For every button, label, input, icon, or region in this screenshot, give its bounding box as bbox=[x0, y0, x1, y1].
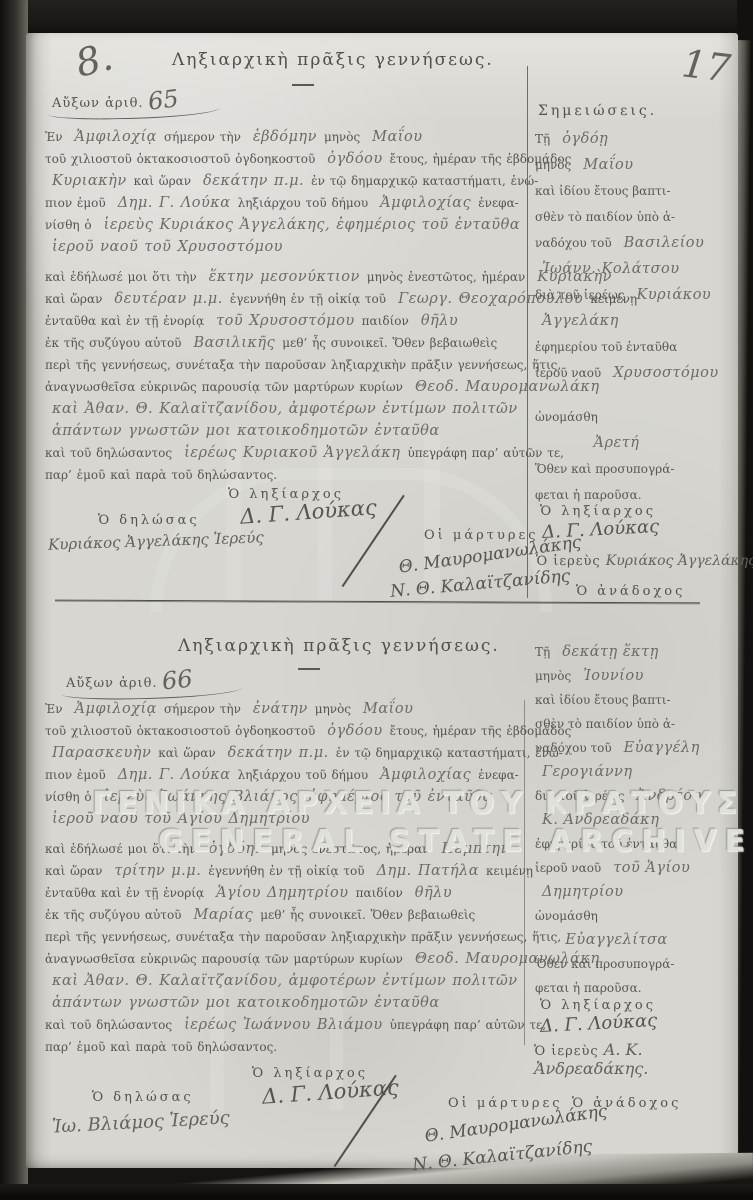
printed-form-text: καὶ ὥραν bbox=[158, 746, 215, 760]
handwritten-entry: Δημ. Γ. Λούκα bbox=[118, 195, 231, 211]
handwritten-entry: ὀγδόου bbox=[327, 151, 382, 167]
printed-form-text: παρ’ ἐμοῦ καὶ παρὰ τοῦ δηλώσαντος. bbox=[45, 1040, 277, 1054]
printed-form-text: καὶ τοῦ δηλώσαντος bbox=[45, 446, 172, 460]
printed-form-text: διὰ τοῦ ἱερέως bbox=[535, 789, 625, 803]
record2-priest-label: Ὁ ἱερεὺς bbox=[534, 1044, 599, 1059]
handwritten-entry: Κυριακὴν bbox=[52, 173, 127, 189]
printed-form-text: ἀναγνωσθεῖσα εὐκρινῶς παρουσίᾳ τῶν μαρτύ… bbox=[45, 380, 403, 394]
printed-form-text: ληξιάρχου τοῦ δήμου bbox=[238, 196, 369, 210]
printed-form-text: μηνὸς bbox=[535, 669, 571, 683]
handwritten-entry: Ἰουνίου bbox=[583, 668, 644, 684]
printed-form-text: ἐν τῷ δημαρχικῷ καταστήματι, ἐνώ- bbox=[311, 174, 538, 188]
handwritten-entry: ὀγδόῃ bbox=[562, 131, 608, 147]
text-line: ἁπάντων γνωστῶν μοι κατοικοδημοτῶν ἐνταῦ… bbox=[45, 420, 525, 442]
handwritten-entry: δεκάτῃ ἕκτῃ bbox=[562, 644, 659, 660]
printed-form-text: πιον ἐμοῦ bbox=[45, 768, 106, 782]
text-line: ἁπάντων γνωστῶν μοι κατοικοδημοτῶν ἐνταῦ… bbox=[45, 992, 525, 1014]
handwritten-entry: Ἀμφιλοχίας bbox=[380, 767, 471, 783]
printed-form-text: μηνὸς bbox=[315, 702, 351, 716]
handwritten-entry: ἱερεὺς Ἰωάννης Βλιάμος, ἐφημέριος τοῦ ἐν… bbox=[104, 789, 493, 805]
printed-form-text: ἐφημερίου τοῦ ἐνταῦθα bbox=[535, 837, 677, 851]
text-line: ἐφημερίου τοῦ ἐνταῦθα bbox=[535, 334, 731, 360]
printed-form-text: τοῦ χιλιοστοῦ ὀκτακοσιοστοῦ ὀγδοηκοστοῦ bbox=[45, 724, 315, 738]
handwritten-entry: Δημ. Πατήλα bbox=[377, 863, 479, 879]
text-line: ὠνομάσθη bbox=[535, 404, 731, 430]
printed-form-text: Ἐν bbox=[45, 702, 63, 716]
text-line: ναδόχου τοῦΕὐαγγέλη bbox=[535, 736, 731, 760]
printed-form-text: ἐνεφα- bbox=[478, 196, 519, 210]
text-line: καὶ ἐδήλωσέ μοι ὅτι τὴνὀγδόηνμηνὸς ἑνεστ… bbox=[45, 838, 525, 860]
text-line: νίσθη ὁἱερεὺς Κυριάκος Ἀγγελάκης, ἐφημέρ… bbox=[45, 214, 525, 236]
printed-form-text: νίσθη ὁ bbox=[45, 790, 92, 804]
printed-form-text: καὶ ἰδίου ἔτους βαπτι- bbox=[535, 693, 671, 707]
printed-form-text: μηνὸς ἑνεστῶτος, ἡμέραν bbox=[367, 270, 525, 284]
text-line bbox=[535, 386, 731, 404]
text-line: ἐνταῦθα καὶ ἐν τῇ ἐνορίᾳἉγίου Δημητρίουπ… bbox=[45, 882, 525, 904]
record1-body: ἘνἈμφιλοχίᾳσήμερον τὴνἑβδόμηνμηνὸςΜαΐουτ… bbox=[45, 126, 525, 486]
printed-form-text: σθὲν τὸ παιδίον ὑπὸ ἀ- bbox=[535, 717, 675, 731]
text-line: ἐνταῦθα καὶ ἐν τῇ ἐνορίᾳτοῦ Χρυσοστόμουπ… bbox=[45, 310, 525, 332]
printed-form-text: ἐνταῦθα καὶ ἐν τῇ ἐνορίᾳ bbox=[45, 886, 204, 900]
book-edge-top bbox=[0, 0, 753, 36]
text-line: τοῦ χιλιοστοῦ ὀκτακοσιοστοῦ ὀγδοηκοστοῦὀ… bbox=[45, 148, 525, 170]
printed-form-text: μηνὸς bbox=[324, 130, 360, 144]
handwritten-entry: ἐνάτην bbox=[253, 701, 308, 717]
title-dash bbox=[292, 84, 314, 86]
text-line: Παρασκευὴνκαὶ ὥρανδεκάτην π.μ.ἐν τῷ δημα… bbox=[45, 742, 525, 764]
printed-form-text: ἀναγνωσθεῖσα εὐκρινῶς παρουσίᾳ τῶν μαρτύ… bbox=[45, 952, 403, 966]
document-scan: 8. Ληξιαρχικὴ πρᾶξις γεννήσεως. 17 Αὔξων… bbox=[0, 0, 753, 1200]
handwritten-entry: Κ. Ἀνδρεαδάκη bbox=[542, 812, 659, 828]
column-divider-line bbox=[527, 66, 528, 598]
text-line: τοῦ χιλιοστοῦ ὀκτακοσιοστοῦ ὀγδοηκοστοῦὀ… bbox=[45, 720, 525, 742]
printed-form-text: σήμερον τὴν bbox=[164, 702, 241, 716]
printed-form-text: καὶ ὥραν bbox=[45, 864, 102, 878]
handwritten-entry: ὀγδόην bbox=[209, 841, 264, 857]
record1-declarant-label: Ὁ δηλώσας bbox=[98, 513, 200, 528]
printed-form-text: καὶ τοῦ δηλώσαντος bbox=[45, 1018, 172, 1032]
printed-form-text: Ἐν bbox=[45, 130, 63, 144]
printed-form-text: ὠνομάσθη bbox=[535, 909, 598, 923]
text-line: ἱεροῦ ναοῦτοῦ Ἁγίου bbox=[535, 856, 731, 880]
text-line: ὠνομάσθη bbox=[535, 904, 731, 928]
printed-form-text: ὠνομάσθη bbox=[535, 410, 598, 424]
printed-form-text: ἱεροῦ ναοῦ bbox=[535, 366, 601, 380]
text-line: ἐκ τῆς συζύγου αὐτοῦΒασιλικῆςμεθ’ ἧς συν… bbox=[45, 332, 525, 354]
text-line: καὶ ἰδίου ἔτους βαπτι- bbox=[535, 178, 731, 204]
printed-form-text: ἐν τῷ δημαρχικῷ καταστήματι, ἐνώ- bbox=[336, 746, 563, 760]
printed-form-text: ἐγεννήθη ἐν τῇ οἰκίᾳ τοῦ bbox=[230, 292, 386, 306]
printed-form-text: ἐκ τῆς συζύγου αὐτοῦ bbox=[45, 336, 181, 350]
handwritten-entry: ἱεροῦ ναοῦ τοῦ Ἁγίου Δημητρίου bbox=[52, 811, 310, 827]
handwritten-entry: ἁπάντων γνωστῶν μοι κατοικοδημοτῶν ἐνταῦ… bbox=[52, 995, 440, 1011]
printed-form-text: καὶ ὥραν bbox=[134, 174, 191, 188]
text-line: νίσθη ὁἱερεὺς Ἰωάννης Βλιάμος, ἐφημέριος… bbox=[45, 786, 525, 808]
text-line: φεται ἡ παροῦσα. bbox=[535, 976, 731, 1000]
printed-form-text: ἐγεννήθη ἐν τῇ οἰκίᾳ τοῦ bbox=[208, 864, 364, 878]
printed-form-text: ἐνεφα- bbox=[478, 768, 519, 782]
record1-godparent-label: Ὁ ἀνάδοχος bbox=[576, 584, 685, 599]
printed-form-text: μεθ’ ἧς συνοικεῖ. Ὅθεν βεβαιωθεὶς bbox=[282, 336, 497, 350]
printed-form-text: σθὲν τὸ παιδίον ὑπὸ ἀ- bbox=[535, 210, 675, 224]
handwritten-entry: Βασιλικῆς bbox=[193, 335, 275, 351]
handwritten-entry: Πέμπτην bbox=[441, 841, 509, 857]
text-line: ἘνἈμφιλοχίᾳσήμερον τὴνἐνάτηνμηνὸςΜαΐου bbox=[45, 698, 525, 720]
text-line: Ἰωάνν. Κολάτσου bbox=[535, 256, 731, 282]
text-line: σθὲν τὸ παιδίον ὑπὸ ἀ- bbox=[535, 712, 731, 736]
printed-form-text: πιον ἐμοῦ bbox=[45, 196, 106, 210]
handwritten-entry: ἕκτην μεσονύκτιον bbox=[209, 269, 360, 285]
handwritten-entry: Δημ. Γ. Λούκα bbox=[118, 767, 231, 783]
printed-form-text: ἐκ τῆς συζύγου αὐτοῦ bbox=[45, 908, 181, 922]
printed-form-text: νίσθη ὁ bbox=[45, 218, 92, 232]
text-line: καὶ Ἀθαν. Θ. Καλαϊτζανίδου, ἀμφοτέρων ἐν… bbox=[45, 970, 525, 992]
handwritten-entry: Χρυσοστόμου bbox=[613, 365, 718, 381]
handwritten-entry: δευτέραν μ.μ. bbox=[114, 291, 222, 307]
printed-form-text: Τῇ bbox=[535, 132, 550, 146]
text-line: καὶ Ἀθαν. Θ. Καλαϊτζανίδου, ἀμφοτέρων ἐν… bbox=[45, 398, 525, 420]
printed-form-text: καὶ ἰδίου ἔτους βαπτι- bbox=[535, 184, 671, 198]
handwritten-entry: τοῦ Ἁγίου bbox=[613, 860, 690, 876]
text-line: καὶ ὥρανδευτέραν μ.μ.ἐγεννήθη ἐν τῇ οἰκί… bbox=[45, 288, 525, 310]
notes-header: Σημειώσεις. bbox=[538, 103, 657, 119]
text-line: ἱεροῦ ναοῦ τοῦ Χρυσοστόμου bbox=[45, 236, 525, 258]
record1-title: Ληξιαρχικὴ πρᾶξις γεννήσεως. bbox=[172, 50, 494, 70]
record2-declarant-label: Ὁ δηλώσας bbox=[92, 1090, 194, 1105]
printed-form-text: μεθ’ ἧς συνοικεῖ. Ὅθεν βεβαιωθεὶς bbox=[260, 908, 475, 922]
printed-form-text: ἐνταῦθα καὶ ἐν τῇ ἐνορίᾳ bbox=[45, 314, 204, 328]
printed-form-text: ἱεροῦ ναοῦ bbox=[535, 861, 601, 875]
printed-form-text: περὶ τῆς γεννήσεως, συνέταξα τὴν παροῦσα… bbox=[45, 358, 561, 372]
handwritten-entry: Ἀμφιλοχίᾳ bbox=[75, 701, 157, 717]
handwritten-entry: δεκάτην π.μ. bbox=[228, 745, 329, 761]
text-line: περὶ τῆς γεννήσεως, συνέταξα τὴν παροῦσα… bbox=[45, 354, 525, 376]
printed-form-text: τοῦ χιλιοστοῦ ὀκτακοσιοστοῦ ὀγδοηκοστοῦ bbox=[45, 152, 315, 166]
text-line: ἱεροῦ ναοῦΧρυσοστόμου bbox=[535, 360, 731, 386]
handwritten-entry: Ἀγγελάκη bbox=[542, 313, 619, 329]
handwritten-entry: θῆλυ bbox=[415, 885, 452, 901]
text-line: διὰ τοῦ ἱερέωςΚυριάκου bbox=[535, 282, 731, 308]
handwritten-entry: τοῦ Χρυσοστόμου bbox=[216, 313, 355, 329]
text-line: ἀναγνωσθεῖσα εὐκρινῶς παρουσίᾳ τῶν μαρτύ… bbox=[45, 948, 525, 970]
printed-form-text: φεται ἡ παροῦσα. bbox=[535, 981, 642, 995]
handwritten-entry: ὀγδόου bbox=[327, 723, 382, 739]
text-line: καὶ ὥραντρίτην μ.μ.ἐγεννήθη ἐν τῇ οἰκίᾳ … bbox=[45, 860, 525, 882]
handwritten-entry: καὶ Ἀθαν. Θ. Καλαϊτζανίδου, ἀμφοτέρων ἐν… bbox=[52, 973, 518, 989]
handwritten-entry: δεκάτην π.μ. bbox=[203, 173, 304, 189]
text-line: Ἀγγελάκη bbox=[535, 308, 731, 334]
text-line: διὰ τοῦ ἱερέωςἈνδρέου bbox=[535, 784, 731, 808]
handwritten-entry: Ἀρετή bbox=[542, 430, 691, 456]
printed-form-text: ναδόχου τοῦ bbox=[535, 741, 612, 755]
printed-form-text: καὶ ἐδήλωσέ μοι ὅτι τὴν bbox=[45, 270, 197, 284]
text-line: Δημητρίου bbox=[535, 880, 731, 904]
printed-form-text: ὑπεγράφη παρ’ αὐτῶν τε, bbox=[390, 1018, 546, 1032]
text-line: μηνὸςἸουνίου bbox=[535, 664, 731, 688]
text-line: παρ’ ἐμοῦ καὶ παρὰ τοῦ δηλώσαντος. bbox=[45, 1036, 525, 1058]
printed-form-text: παιδίον bbox=[362, 314, 409, 328]
handwritten-entry: Μαΐου bbox=[583, 157, 633, 173]
text-line: Κ. Ἀνδρεαδάκη bbox=[535, 808, 731, 832]
text-line bbox=[45, 258, 525, 266]
record2-notes: Τῇδεκάτῃ ἕκτῃμηνὸςἸουνίουκαὶ ἰδίου ἔτους… bbox=[535, 640, 731, 1000]
text-line: Εὐαγγελίτσα bbox=[535, 928, 731, 952]
handwritten-entry: Παρασκευὴν bbox=[52, 745, 151, 761]
printed-form-text: μηνὸς bbox=[535, 158, 571, 172]
record1-priest-label: Ὁ ἱερεὺς bbox=[536, 554, 601, 569]
text-line: ἐφημερίου τοῦ ἐνταῦθα bbox=[535, 832, 731, 856]
handwritten-entry: Ἰωάνν. Κολάτσου bbox=[542, 261, 680, 277]
printed-form-text: κειμένῃ bbox=[486, 864, 533, 878]
text-line: καὶ ἰδίου ἔτους βαπτι- bbox=[535, 688, 731, 712]
book-edge-bottom bbox=[0, 1184, 753, 1200]
handwritten-entry: καὶ Ἀθαν. Θ. Καλαϊτζανίδου, ἀμφοτέρων ἐν… bbox=[52, 401, 518, 417]
text-line: ἘνἈμφιλοχίᾳσήμερον τὴνἑβδόμηνμηνὸςΜαΐου bbox=[45, 126, 525, 148]
printed-form-text: φεται ἡ παροῦσα. bbox=[535, 488, 642, 502]
text-line: Κυριακὴνκαὶ ὥρανδεκάτην π.μ.ἐν τῷ δημαρχ… bbox=[45, 170, 525, 192]
text-line: σθὲν τὸ παιδίον ὑπὸ ἀ- bbox=[535, 204, 731, 230]
record1-priest-signature: Κυριάκος Ἀγγελάκης bbox=[606, 553, 753, 569]
printed-form-text: καὶ ὥραν bbox=[45, 292, 102, 306]
printed-form-text: μηνὸς ἑνεστῶτος, ἡμέραν bbox=[271, 842, 429, 856]
text-line: Τῇὀγδόῃ bbox=[535, 126, 731, 152]
printed-form-text: ληξιάρχου τοῦ δήμου bbox=[238, 768, 369, 782]
printed-form-text: Ὅθεν καὶ προσυπογρά- bbox=[535, 957, 674, 971]
text-line: ἱεροῦ ναοῦ τοῦ Ἁγίου Δημητρίου bbox=[45, 808, 525, 830]
printed-form-text: Τῇ bbox=[535, 645, 550, 659]
record1-notes: ΤῇὀγδόῃμηνὸςΜαΐουκαὶ ἰδίου ἔτους βαπτι-σ… bbox=[535, 126, 731, 508]
handwritten-entry: ἱερέως Κυριακοῦ Ἀγγελάκη bbox=[184, 445, 400, 461]
text-line: πιον ἐμοῦΔημ. Γ. Λούκαληξιάρχου τοῦ δήμο… bbox=[45, 764, 525, 786]
handwritten-entry: Ἁγίου Δημητρίου bbox=[216, 885, 349, 901]
printed-form-text: διὰ τοῦ ἱερέως bbox=[535, 288, 625, 302]
text-line: ναδόχου τοῦΒασιλείου bbox=[535, 230, 731, 256]
text-line: καὶ τοῦ δηλώσαντοςἱερέως Ἰωάννου Βλιάμου… bbox=[45, 1014, 525, 1036]
text-line: Γερογιάννη bbox=[535, 760, 731, 784]
text-line: καὶ τοῦ δηλώσαντοςἱερέως Κυριακοῦ Ἀγγελά… bbox=[45, 442, 525, 464]
handwritten-entry: Μαΐου bbox=[372, 129, 422, 145]
text-line: Ἀρετή bbox=[535, 430, 731, 456]
printed-form-text: περὶ τῆς γεννήσεως, συνέταξα τὴν παροῦσα… bbox=[45, 930, 561, 944]
handwritten-entry: ἱερέως Ἰωάννου Βλιάμου bbox=[184, 1017, 383, 1033]
handwritten-entry: Ἀνδρέου bbox=[637, 788, 702, 804]
handwritten-entry: Μαρίας bbox=[193, 907, 253, 923]
text-line: ἐκ τῆς συζύγου αὐτοῦΜαρίαςμεθ’ ἧς συνοικ… bbox=[45, 904, 525, 926]
handwritten-entry: Δημητρίου bbox=[542, 884, 624, 900]
record2-title: Ληξιαρχικὴ πρᾶξις γεννήσεως. bbox=[178, 636, 500, 656]
handwritten-entry: Εὐαγγελίτσα bbox=[542, 928, 691, 952]
text-line: ἀναγνωσθεῖσα εὐκρινῶς παρουσίᾳ τῶν μαρτύ… bbox=[45, 376, 525, 398]
text-line: Ὅθεν καὶ προσυπογρά- bbox=[535, 456, 731, 482]
handwritten-entry: ἑβδόμην bbox=[253, 129, 317, 145]
title-dash bbox=[298, 668, 320, 670]
handwritten-entry: Ἀμφιλοχίας bbox=[380, 195, 471, 211]
text-line: Τῇδεκάτῃ ἕκτῃ bbox=[535, 640, 731, 664]
printed-form-text: παιδίον bbox=[356, 886, 403, 900]
handwritten-entry: ἁπάντων γνωστῶν μοι κατοικοδημοτῶν ἐνταῦ… bbox=[52, 423, 440, 439]
printed-form-text: Ὅθεν καὶ προσυπογρά- bbox=[535, 462, 674, 476]
page-number: 17 bbox=[679, 41, 732, 91]
handwritten-entry: Ἀμφιλοχίᾳ bbox=[75, 129, 157, 145]
text-line bbox=[45, 830, 525, 838]
handwritten-entry: Μαΐου bbox=[363, 701, 413, 717]
printed-form-text: παρ’ ἐμοῦ καὶ παρὰ τοῦ δηλώσαντος. bbox=[45, 468, 277, 482]
text-line: μηνὸςΜαΐου bbox=[535, 152, 731, 178]
handwritten-entry: ἱερεὺς Κυριάκος Ἀγγελάκης, ἐφημέριος τοῦ… bbox=[104, 217, 520, 233]
handwritten-entry: θῆλυ bbox=[421, 313, 458, 329]
text-line: παρ’ ἐμοῦ καὶ παρὰ τοῦ δηλώσαντος. bbox=[45, 464, 525, 486]
handwritten-entry: Βασιλείου bbox=[624, 235, 705, 251]
handwritten-entry: Γερογιάννη bbox=[542, 764, 633, 780]
text-line: πιον ἐμοῦΔημ. Γ. Λούκαληξιάρχου τοῦ δήμο… bbox=[45, 192, 525, 214]
text-line: περὶ τῆς γεννήσεως, συνέταξα τὴν παροῦσα… bbox=[45, 926, 525, 948]
printed-form-text: σήμερον τὴν bbox=[164, 130, 241, 144]
text-line: Ὅθεν καὶ προσυπογρά- bbox=[535, 952, 731, 976]
printed-form-text: ἐφημερίου τοῦ ἐνταῦθα bbox=[535, 340, 677, 354]
printed-form-text: καὶ ἐδήλωσέ μοι ὅτι τὴν bbox=[45, 842, 197, 856]
text-line: καὶ ἐδήλωσέ μοι ὅτι τὴνἕκτην μεσονύκτιον… bbox=[45, 266, 525, 288]
handwritten-entry: ἱεροῦ ναοῦ τοῦ Χρυσοστόμου bbox=[52, 239, 283, 255]
handwritten-entry: Κυριάκου bbox=[637, 287, 712, 303]
handwritten-entry: Εὐαγγέλη bbox=[624, 740, 700, 756]
book-binding-left bbox=[0, 0, 28, 1200]
printed-form-text: ναδόχου τοῦ bbox=[535, 236, 612, 250]
record2-body: ἘνἈμφιλοχίᾳσήμερον τὴνἐνάτηνμηνὸςΜαΐουτο… bbox=[45, 698, 525, 1058]
handwritten-entry: τρίτην μ.μ. bbox=[114, 863, 201, 879]
